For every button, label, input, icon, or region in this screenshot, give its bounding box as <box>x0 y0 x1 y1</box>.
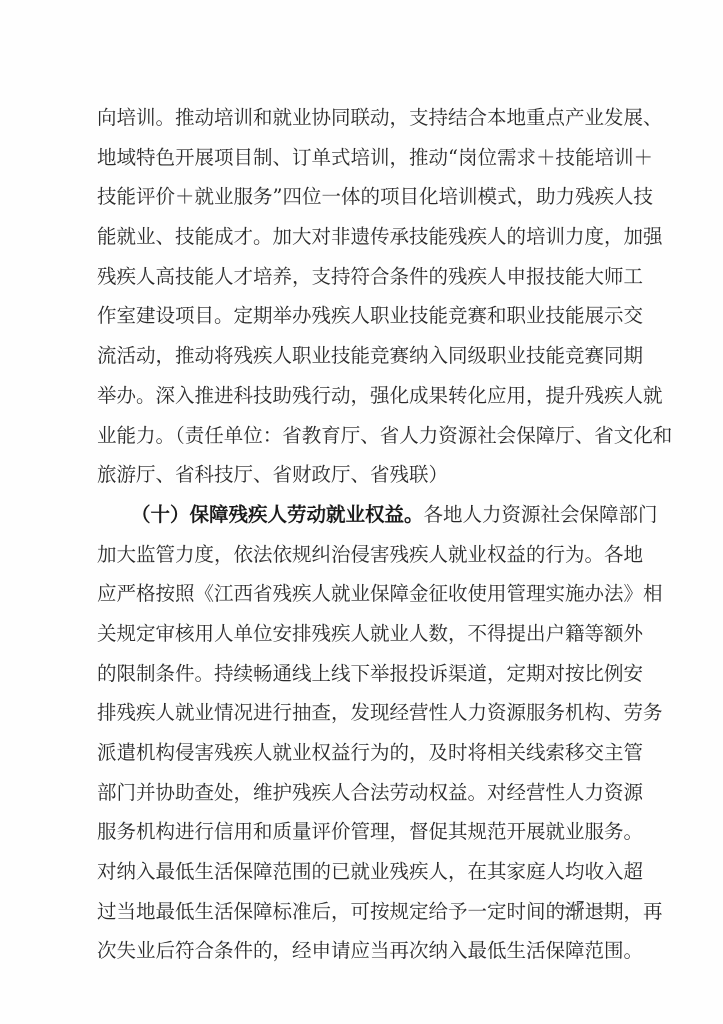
text-line: 加大监管力度，依法依规纠治侵害残疾人就业权益的行为。各地 <box>97 535 633 575</box>
text-line: 次失业后符合条件的，经申请应当再次纳入最低生活保障范围。 <box>97 931 633 971</box>
text-line: 技能评价＋就业服务”四位一体的项目化培训模式，助力残疾人技 <box>97 177 633 217</box>
text-line: 向培训。推动培训和就业协同联动，支持结合本地重点产业发展、 <box>97 98 633 138</box>
text-line: 作室建设项目。定期举办残疾人职业技能竞赛和职业技能展示交 <box>97 296 633 336</box>
section-first-line-text: 各地人力资源社会保障部门 <box>424 503 658 526</box>
text-line: 能就业、技能成才。加大对非遗传承技能残疾人的培训力度，加强 <box>97 217 633 257</box>
text-line: 应严格按照《江西省残疾人就业保障金征收使用管理实施办法》相 <box>97 574 633 614</box>
text-line: 排残疾人就业情况进行抽查，发现经营性人力资源服务机构、劳务 <box>97 693 633 733</box>
text-line: 的限制条件。持续畅通线上线下举报投诉渠道，定期对按比例安 <box>97 654 633 694</box>
document-page: 向培训。推动培训和就业协同联动，支持结合本地重点产业发展、 地域特色开展项目制、… <box>0 0 723 1024</box>
body-text: 向培训。推动培训和就业协同联动，支持结合本地重点产业发展、 地域特色开展项目制、… <box>97 98 633 971</box>
text-line: 关规定审核用人单位安排残疾人就业人数，不得提出户籍等额外 <box>97 614 633 654</box>
section-heading: （十）保障残疾人劳动就业权益。 <box>131 503 424 526</box>
text-line: 地域特色开展项目制、订单式培训，推动“岗位需求＋技能培训＋ <box>97 138 633 178</box>
text-line: 残疾人高技能人才培养，支持符合条件的残疾人申报技能大师工 <box>97 257 633 297</box>
text-line: 服务机构进行信用和质量评价管理，督促其规范开展就业服务。 <box>97 812 633 852</box>
text-line: 旅游厅、省科技厅、省财政厅、省残联） <box>97 455 633 495</box>
text-line: 举办。深入推进科技助残行动，强化成果转化应用，提升残疾人就 <box>97 376 633 416</box>
section-first-line: （十）保障残疾人劳动就业权益。各地人力资源社会保障部门 <box>97 495 633 535</box>
text-line: 部门并协助查处，维护残疾人合法劳动权益。对经营性人力资源 <box>97 773 633 813</box>
text-line: 派遣机构侵害残疾人就业权益行为的，及时将相关线索移交主管 <box>97 733 633 773</box>
text-line: 流活动，推动将残疾人职业技能竞赛纳入同级职业技能竞赛同期 <box>97 336 633 376</box>
page-number: — 7 — <box>545 897 615 917</box>
text-line: 对纳入最低生活保障范围的已就业残疾人，在其家庭人均收入超 <box>97 852 633 892</box>
text-line: 业能力。（责任单位：省教育厅、省人力资源社会保障厅、省文化和 <box>97 416 633 456</box>
